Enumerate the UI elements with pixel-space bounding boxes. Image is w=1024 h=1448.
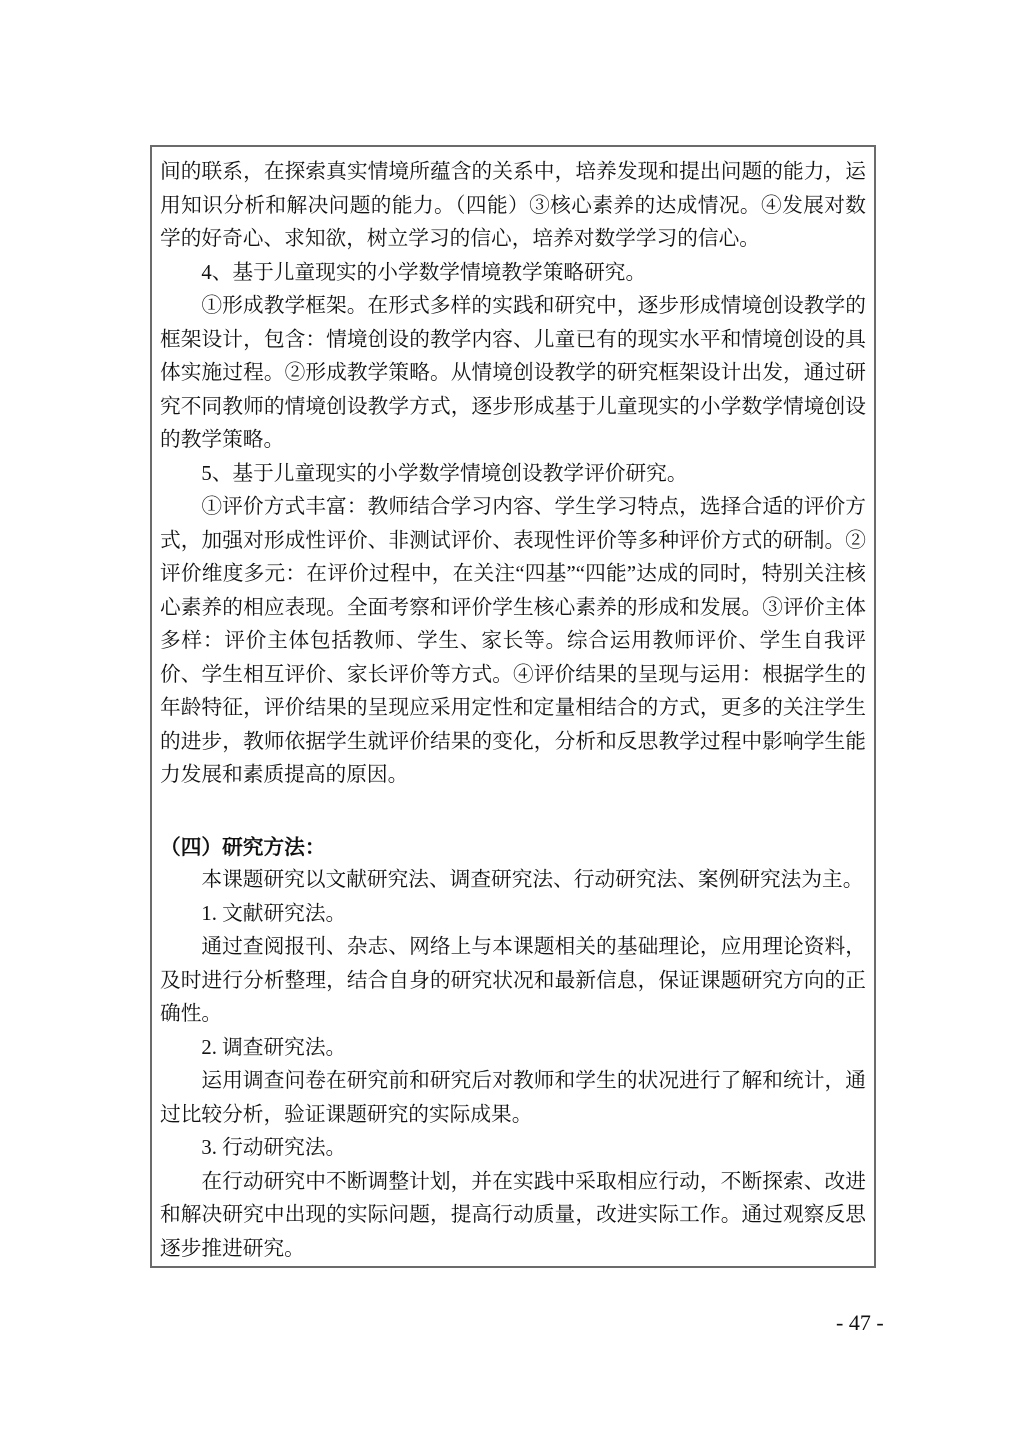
page-number: - 47 - bbox=[836, 1310, 884, 1336]
paragraph-method-1-description: 通过查阅报刊、杂志、网络上与本课题相关的基础理论，应用理论资料，及时进行分析整理… bbox=[160, 931, 866, 1032]
bordered-text-cell: 间的联系，在探索真实情境所蕴含的关系中，培养发现和提出问题的能力，运用知识分析和… bbox=[150, 145, 876, 1268]
list-item-4-title: 4、基于儿童现实的小学数学情境教学策略研究。 bbox=[160, 257, 866, 291]
paragraph-continuation: 间的联系，在探索真实情境所蕴含的关系中，培养发现和提出问题的能力，运用知识分析和… bbox=[160, 156, 866, 257]
section-heading-research-methods: （四）研究方法： bbox=[160, 831, 866, 865]
paragraph-method-3-description: 在行动研究中不断调整计划，并在实践中采取相应行动，不断探索、改进和解决研究中出现… bbox=[160, 1166, 866, 1267]
paragraph-methods-overview: 本课题研究以文献研究法、调查研究法、行动研究法、案例研究法为主。 bbox=[160, 864, 866, 898]
list-item-method-2-title: 2. 调查研究法。 bbox=[160, 1032, 866, 1066]
paragraph-teaching-framework: ①形成教学框架。在形式多样的实践和研究中，逐步形成情境创设教学的框架设计，包含：… bbox=[160, 290, 866, 458]
paragraph-method-2-description: 运用调查问卷在研究前和研究后对教师和学生的状况进行了解和统计，通过比较分析，验证… bbox=[160, 1065, 866, 1132]
list-item-method-3-title: 3. 行动研究法。 bbox=[160, 1132, 866, 1166]
paragraph-evaluation-research: ①评价方式丰富：教师结合学习内容、学生学习特点，选择合适的评价方式，加强对形成性… bbox=[160, 491, 866, 793]
list-item-method-1-title: 1. 文献研究法。 bbox=[160, 898, 866, 932]
list-item-5-title: 5、基于儿童现实的小学数学情境创设教学评价研究。 bbox=[160, 458, 866, 492]
document-page: 间的联系，在探索真实情境所蕴含的关系中，培养发现和提出问题的能力，运用知识分析和… bbox=[0, 0, 1024, 1448]
